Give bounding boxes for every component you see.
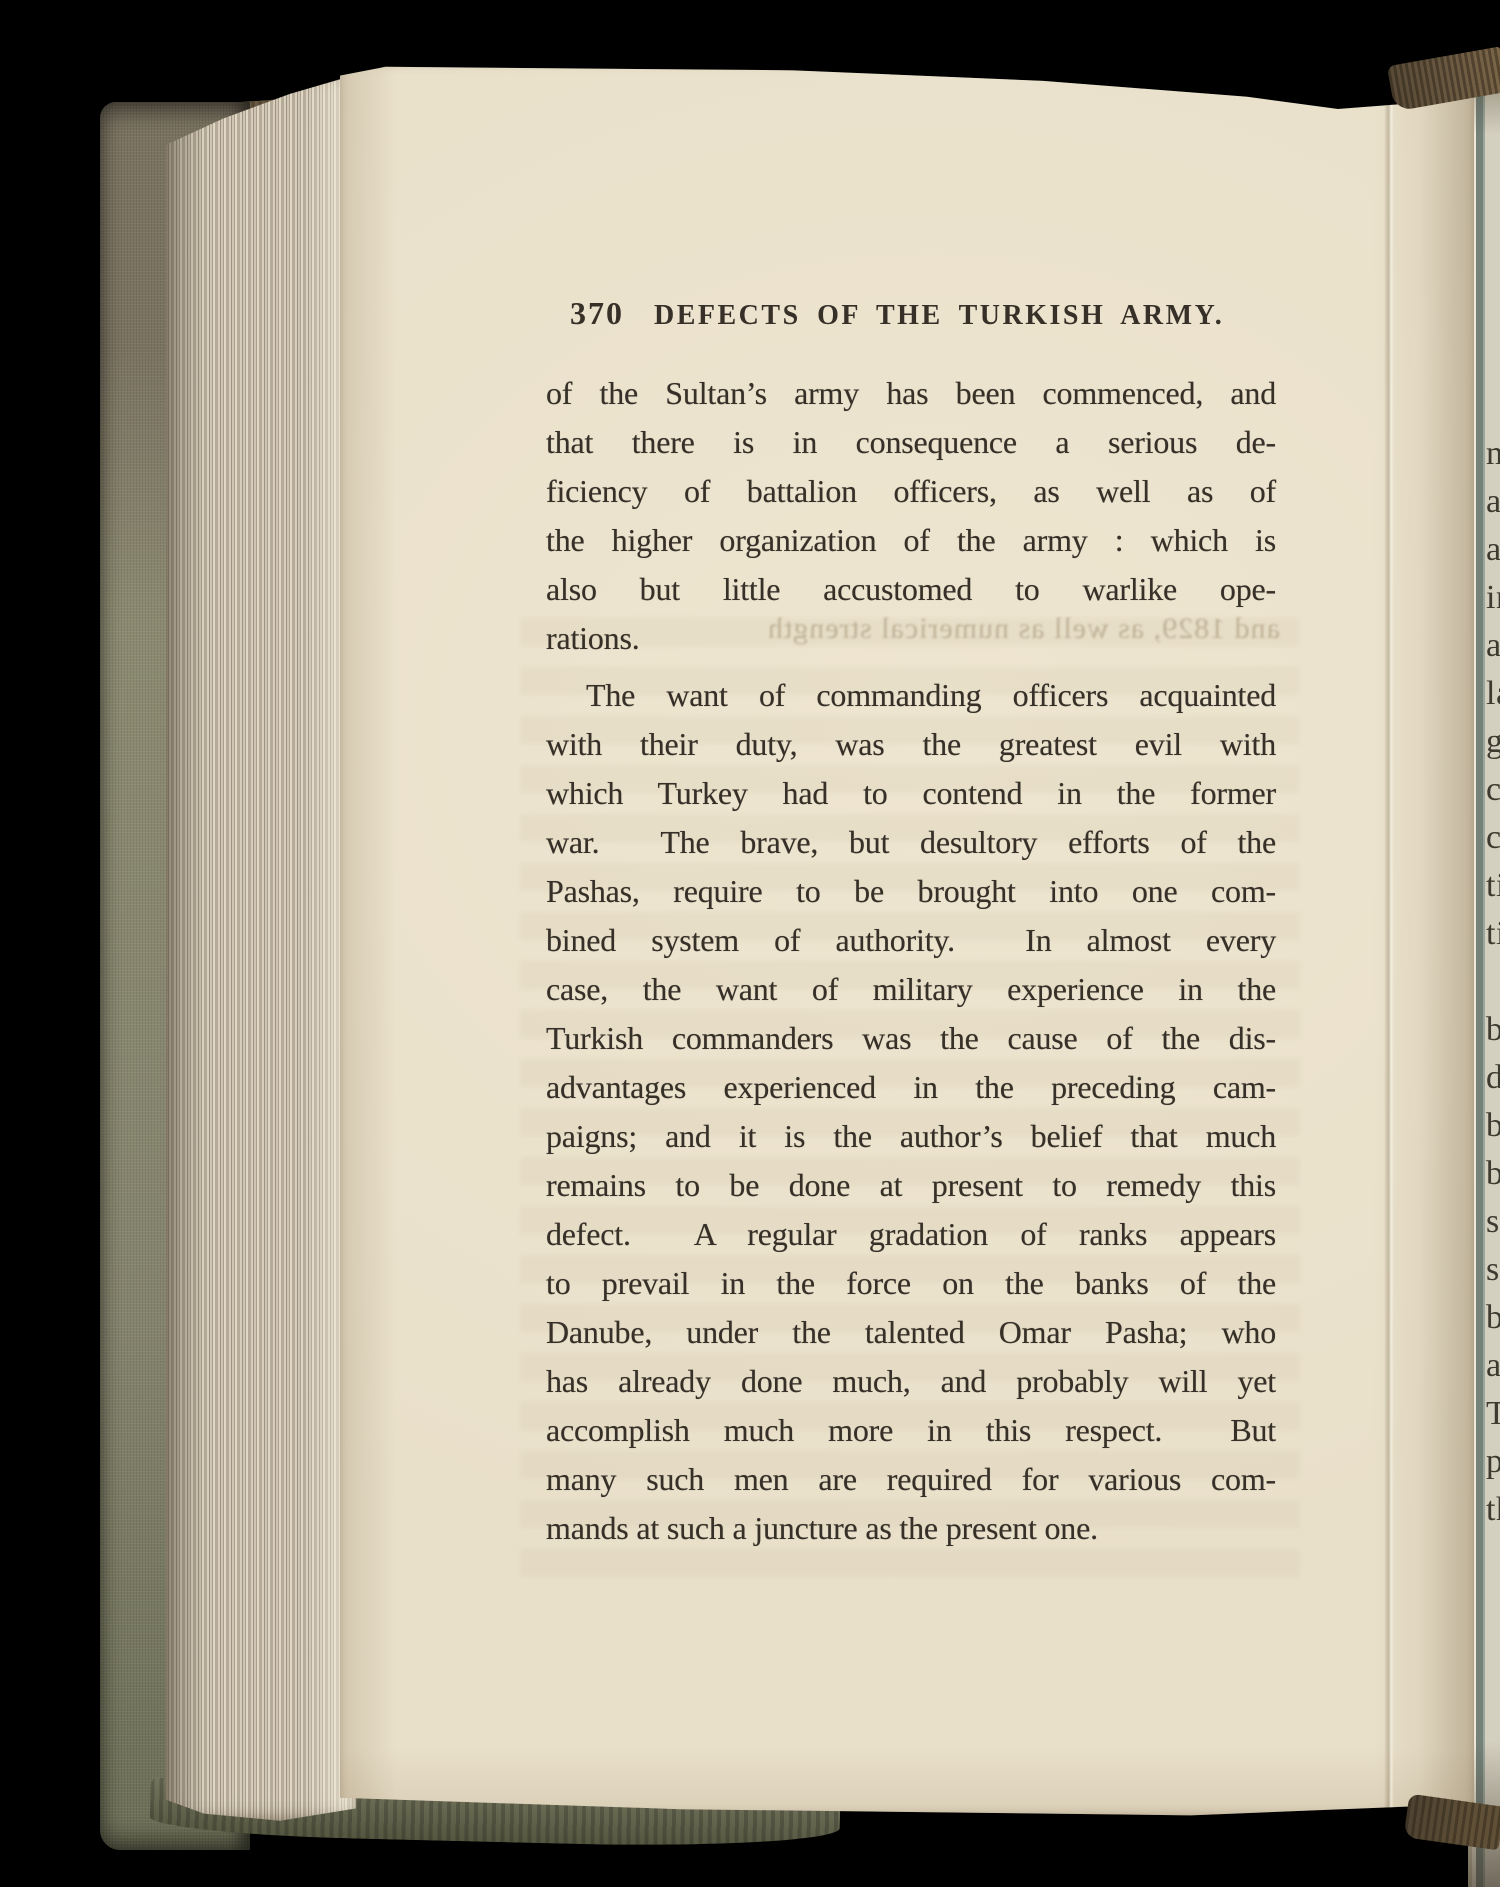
next-page-line-fragment: a bbox=[1486, 478, 1500, 526]
page-stack-fore-edge bbox=[166, 64, 356, 1826]
next-page-line-fragment: plis bbox=[1486, 1438, 1500, 1486]
next-page-line-fragment: Tu bbox=[1486, 1390, 1500, 1438]
next-page-line-fragment: be bbox=[1486, 1102, 1500, 1150]
book-page: and 1829, as well as numerical strength … bbox=[340, 58, 1474, 1818]
next-page-line-fragment: la bbox=[1486, 670, 1500, 718]
page-text: 370 DEFECTS OF THE TURKISH ARMY. of the … bbox=[546, 293, 1276, 1553]
page-header: 370 DEFECTS OF THE TURKISH ARMY. bbox=[546, 293, 1276, 333]
next-page-line-fragment: gr bbox=[1486, 718, 1500, 766]
next-page-line-fragment: ste bbox=[1486, 1198, 1500, 1246]
text-line: paigns; and it is the author’s belief th… bbox=[546, 1112, 1276, 1161]
text-line: also but little accustomed to warlike op… bbox=[546, 565, 1276, 614]
paragraph-2: The want of commanding officers acquaint… bbox=[546, 671, 1276, 1553]
next-page-line-fragment: the bbox=[1486, 1486, 1500, 1534]
next-page-text-fragments: maainarlagrcocotitibadebebestestibuauTup… bbox=[1486, 430, 1500, 1534]
text-line: Pashas, require to be brought into one c… bbox=[546, 867, 1276, 916]
next-page-line-fragment: ti bbox=[1486, 910, 1500, 958]
text-line: war. The brave, but desultory efforts of… bbox=[546, 818, 1276, 867]
text-line: which Turkey had to contend in the forme… bbox=[546, 769, 1276, 818]
next-page-line-fragment bbox=[1486, 958, 1500, 1006]
next-page-line-fragment: ba bbox=[1486, 1006, 1500, 1054]
text-line: has already done much, and probably will… bbox=[546, 1357, 1276, 1406]
running-title: DEFECTS OF THE TURKISH ARMY. bbox=[654, 296, 1224, 336]
next-page-line-fragment: sti bbox=[1486, 1246, 1500, 1294]
paragraph-1: of the Sultan’s army has been commenced,… bbox=[546, 369, 1276, 663]
text-line: mands at such a juncture as the present … bbox=[546, 1504, 1276, 1553]
page-number: 370 bbox=[570, 293, 624, 333]
text-line: The want of commanding officers acquaint… bbox=[546, 671, 1276, 720]
text-line: case, the want of military experience in… bbox=[546, 965, 1276, 1014]
next-page-line-fragment: de bbox=[1486, 1054, 1500, 1102]
text-line: Danube, under the talented Omar Pasha; w… bbox=[546, 1308, 1276, 1357]
next-page-line-fragment: in bbox=[1486, 574, 1500, 622]
text-line: remains to be done at present to remedy … bbox=[546, 1161, 1276, 1210]
next-page-line-fragment: be bbox=[1486, 1150, 1500, 1198]
text-line: of the Sultan’s army has been commenced,… bbox=[546, 369, 1276, 418]
next-page-line-fragment: m bbox=[1486, 430, 1500, 478]
next-page-line-fragment: au bbox=[1486, 1342, 1500, 1390]
text-line: with their duty, was the greatest evil w… bbox=[546, 720, 1276, 769]
text-line: bined system of authority. In almost eve… bbox=[546, 916, 1276, 965]
text-line: the higher organization of the army : wh… bbox=[546, 516, 1276, 565]
text-line: to prevail in the force on the banks of … bbox=[546, 1259, 1276, 1308]
text-line: advantages experienced in the preceding … bbox=[546, 1063, 1276, 1112]
next-page-line-fragment: ar bbox=[1486, 622, 1500, 670]
text-line: many such men are required for various c… bbox=[546, 1455, 1276, 1504]
page-crease bbox=[1384, 58, 1394, 1818]
next-page-line-fragment: ti bbox=[1486, 862, 1500, 910]
text-line: rations. bbox=[546, 614, 1276, 663]
next-page-line-fragment: co bbox=[1486, 814, 1500, 862]
next-page-line-fragment: co bbox=[1486, 766, 1500, 814]
book-photograph: maainarlagrcocotitibadebebestestibuauTup… bbox=[0, 0, 1500, 1887]
text-line: that there is in consequence a serious d… bbox=[546, 418, 1276, 467]
next-page-line-fragment: bu bbox=[1486, 1294, 1500, 1342]
page-edge-shadow bbox=[1418, 58, 1474, 1818]
text-line: defect. A regular gradation of ranks app… bbox=[546, 1210, 1276, 1259]
next-page-line-fragment: a bbox=[1486, 526, 1500, 574]
text-line: accomplish much more in this respect. Bu… bbox=[546, 1406, 1276, 1455]
text-line: Turkish commanders was the cause of the … bbox=[546, 1014, 1276, 1063]
text-line: ficiency of battalion officers, as well … bbox=[546, 467, 1276, 516]
